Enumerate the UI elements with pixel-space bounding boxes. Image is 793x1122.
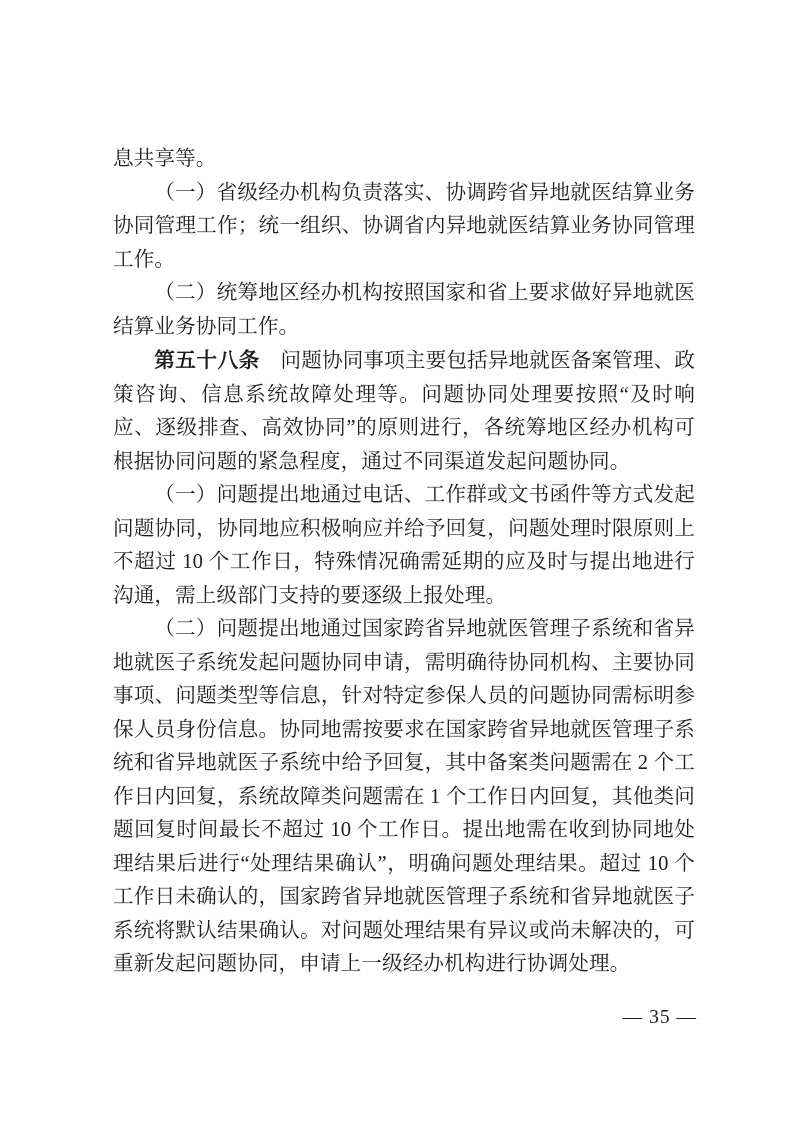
page-number: — 35 — [113,1006,697,1030]
paragraph: 息共享等。 [113,143,695,177]
article-number: 第五十八条 [154,349,260,372]
paragraph-text: （一）省级经办机构负责落实、协调跨省异地就医结算业务协同管理工作；统一组织、协调… [113,182,695,271]
paragraph: （一）省级经办机构负责落实、协调跨省异地就医结算业务协同管理工作；统一组织、协调… [113,177,695,278]
paragraph-text: （二）统筹地区经办机构按照国家和省上要求做好异地就医结算业务协同工作。 [113,282,695,338]
paragraph-text: （一）问题提出地通过电话、工作群或文书函件等方式发起问题协同，协同地应积极响应并… [113,484,695,607]
paragraph-text: 息共享等。 [113,148,216,170]
paragraph-text: （二）问题提出地通过国家跨省异地就医管理子系统和省异地就医子系统发起问题协同申请… [113,618,695,975]
paragraph: （二）统筹地区经办机构按照国家和省上要求做好异地就医结算业务协同工作。 [113,277,695,344]
paragraph: （二）问题提出地通过国家跨省异地就医管理子系统和省异地就医子系统发起问题协同申请… [113,613,695,982]
paragraph: （一）问题提出地通过电话、工作群或文书函件等方式发起问题协同，协同地应积极响应并… [113,479,695,613]
document-body: 息共享等。（一）省级经办机构负责落实、协调跨省异地就医结算业务协同管理工作；统一… [113,143,695,982]
document-page: 息共享等。（一）省级经办机构负责落实、协调跨省异地就医结算业务协同管理工作；统一… [0,0,793,1122]
paragraph: 第五十八条 问题协同事项主要包括异地就医备案管理、政策咨询、信息系统故障处理等。… [113,344,695,479]
